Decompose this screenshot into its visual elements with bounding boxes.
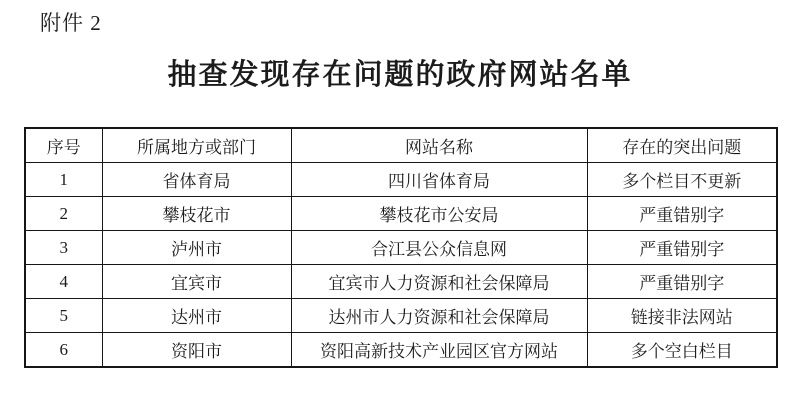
- cell-index: 3: [25, 231, 102, 265]
- cell-website: 四川省体育局: [291, 163, 587, 197]
- cell-index: 5: [25, 299, 102, 333]
- table-row: 1 省体育局 四川省体育局 多个栏目不更新: [25, 163, 777, 197]
- cell-region: 省体育局: [102, 163, 291, 197]
- cell-issue: 严重错别字: [587, 265, 777, 299]
- table-row: 4 宜宾市 宜宾市人力资源和社会保障局 严重错别字: [25, 265, 777, 299]
- cell-index: 6: [25, 333, 102, 368]
- cell-region: 泸州市: [102, 231, 291, 265]
- column-header-website: 网站名称: [291, 128, 587, 163]
- issues-table: 序号 所属地方或部门 网站名称 存在的突出问题 1 省体育局 四川省体育局 多个…: [24, 127, 778, 368]
- column-header-region: 所属地方或部门: [102, 128, 291, 163]
- cell-website: 合江县公众信息网: [291, 231, 587, 265]
- cell-index: 1: [25, 163, 102, 197]
- table-row: 5 达州市 达州市人力资源和社会保障局 链接非法网站: [25, 299, 777, 333]
- cell-index: 2: [25, 197, 102, 231]
- attachment-label: 附件 2: [40, 7, 102, 37]
- cell-index: 4: [25, 265, 102, 299]
- table-header-row: 序号 所属地方或部门 网站名称 存在的突出问题: [25, 128, 777, 163]
- cell-region: 攀枝花市: [102, 197, 291, 231]
- table-row: 3 泸州市 合江县公众信息网 严重错别字: [25, 231, 777, 265]
- cell-issue: 严重错别字: [587, 197, 777, 231]
- cell-issue: 严重错别字: [587, 231, 777, 265]
- page-title: 抽查发现存在问题的政府网站名单: [0, 52, 800, 93]
- cell-issue: 链接非法网站: [587, 299, 777, 333]
- cell-website: 攀枝花市公安局: [291, 197, 587, 231]
- document-page: 附件 2 抽查发现存在问题的政府网站名单 序号 所属地方或部门 网站名称 存在的…: [0, 0, 800, 399]
- cell-region: 达州市: [102, 299, 291, 333]
- cell-region: 资阳市: [102, 333, 291, 368]
- column-header-index: 序号: [25, 128, 102, 163]
- cell-website: 宜宾市人力资源和社会保障局: [291, 265, 587, 299]
- column-header-issue: 存在的突出问题: [587, 128, 777, 163]
- cell-issue: 多个栏目不更新: [587, 163, 777, 197]
- table-row: 6 资阳市 资阳高新技术产业园区官方网站 多个空白栏目: [25, 333, 777, 368]
- cell-issue: 多个空白栏目: [587, 333, 777, 368]
- cell-website: 达州市人力资源和社会保障局: [291, 299, 587, 333]
- cell-region: 宜宾市: [102, 265, 291, 299]
- cell-website: 资阳高新技术产业园区官方网站: [291, 333, 587, 368]
- table-row: 2 攀枝花市 攀枝花市公安局 严重错别字: [25, 197, 777, 231]
